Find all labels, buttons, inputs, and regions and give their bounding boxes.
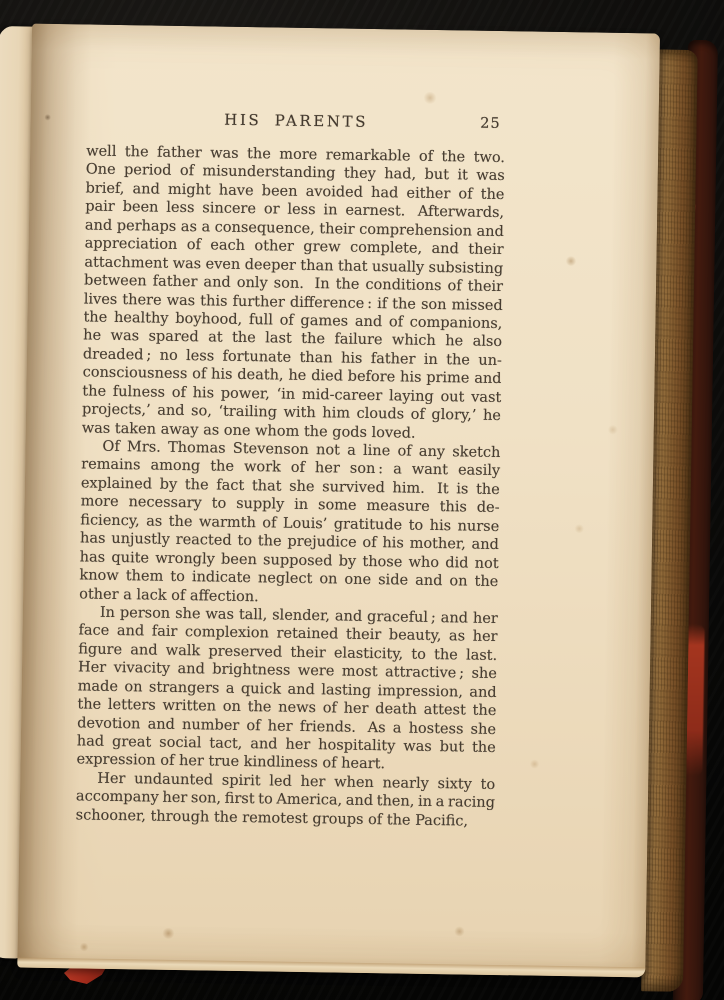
foxing-spot <box>529 759 539 768</box>
foxing-spot <box>80 942 89 951</box>
foxing-spot <box>574 524 584 533</box>
book-page: HIS PARENTS 25 wellthefatherwasthemorere… <box>17 24 660 978</box>
paragraph: Herundauntedspiritledherwhennearlysixtyt… <box>76 770 496 832</box>
body-text: wellthefatherwasthemoreremarkableofthetw… <box>76 143 506 832</box>
page-header: HIS PARENTS 25 <box>86 108 505 139</box>
book: HIS PARENTS 25 wellthefatherwasthemorere… <box>13 12 722 1000</box>
foxing-spot <box>454 926 465 936</box>
foxing-spot <box>45 114 51 121</box>
paragraph: Inpersonshewastall,slender,andgraceful ;… <box>76 604 498 776</box>
paragraph: wellthefatherwasthemoreremarkableofthetw… <box>82 143 506 445</box>
photo-background: HIS PARENTS 25 wellthefatherwasthemorere… <box>0 0 724 1000</box>
running-title: HIS PARENTS <box>224 111 368 131</box>
foxing-spot <box>423 92 437 104</box>
foxing-spot <box>565 256 576 266</box>
folio-page-number: 25 <box>480 116 501 132</box>
paragraph: OfMrs.ThomasStevensonnotalineofanysketch… <box>79 438 501 610</box>
foxing-spot <box>162 928 175 939</box>
foxing-spot <box>608 425 618 435</box>
